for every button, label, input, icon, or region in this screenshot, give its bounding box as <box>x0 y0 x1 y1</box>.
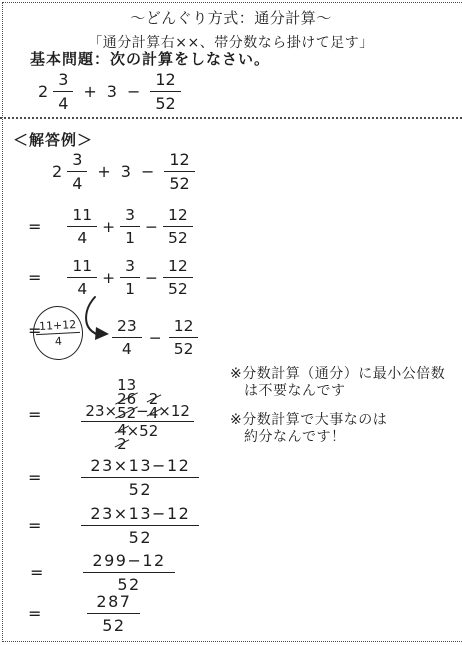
equals-sign: = <box>28 604 41 623</box>
solution-step-5: = 23×13−12 52 <box>28 456 199 499</box>
circled-fraction: 11+12 4 <box>32 305 85 362</box>
solution-step-2: = 11 4 + 3 1 − 12 52 <box>28 257 193 298</box>
minus-operator: − <box>145 269 158 287</box>
struck-number: 52 <box>117 406 136 420</box>
plus-operator: + <box>102 218 115 236</box>
minus-operator: − <box>136 403 149 420</box>
note-lcm-unnecessary: ※分数計算（通分）に最小公倍数 は不要なんです <box>230 366 462 400</box>
step-expression: 23 4 − 12 52 <box>112 317 198 358</box>
solution-step-3: = 11+12 4 23 4 − 12 52 <box>20 296 250 368</box>
minus-operator: − <box>149 329 162 347</box>
whole-number: 2 <box>38 82 48 101</box>
fraction: 12 52 <box>163 206 193 247</box>
equals-sign: = <box>30 563 43 582</box>
plus-operator: + <box>102 269 115 287</box>
step-expression: 11 4 + 3 1 − 12 52 <box>67 257 192 298</box>
equals-sign: = <box>28 217 41 236</box>
worksheet-page: ～どんぐり方式：通分計算～ 「通分計算右××、帯分数なら掛けて足す」 基本問題：… <box>0 0 462 645</box>
solution-step-4: = 23× 13 26 52 − 2 4 ×12 4 2 <box>28 378 194 451</box>
minus-operator: − <box>141 162 154 181</box>
header: ～どんぐり方式：通分計算～ 「通分計算右××、帯分数なら掛けて足す」 <box>0 7 462 52</box>
dotted-separator <box>0 117 462 119</box>
fraction: 299−12 52 <box>83 551 174 594</box>
fraction: 23×13−12 52 <box>81 456 199 499</box>
cancel-stack-4: 2 4 <box>149 392 159 420</box>
problem-expression: 2 3 4 + 3 − 12 52 <box>38 70 181 113</box>
minus-operator: − <box>145 218 158 236</box>
struck-number: 4 <box>149 406 159 420</box>
equals-sign: = <box>28 405 41 424</box>
fraction: 12 52 <box>169 317 199 358</box>
fraction: 3 4 <box>53 70 73 113</box>
note-reduction-important: ※分数計算で大事なのは 約分なんです！ <box>230 412 462 446</box>
fraction: 11 4 <box>67 206 97 247</box>
problem-label: 基本問題：次の計算をしなさい。 <box>30 48 270 69</box>
plus-operator: + <box>97 162 110 181</box>
answer-example-label: ＜解答例＞ <box>13 129 93 150</box>
step-expression: 11 4 + 3 1 − 12 52 <box>67 206 192 247</box>
equals-sign: = <box>28 268 41 287</box>
integer-term: 3 <box>121 162 131 181</box>
solution-step-8-result: = 287 52 <box>28 592 140 635</box>
integer-term: 3 <box>107 82 117 101</box>
mixed-number: 2 3 4 <box>52 150 87 193</box>
cancellation-fraction: 23× 13 26 52 − 2 4 ×12 4 2 ×52 <box>81 378 194 451</box>
cancel-stack-den-4: 4 2 <box>117 423 127 451</box>
plus-operator: + <box>83 82 96 101</box>
fraction: 23×13−12 52 <box>81 504 199 547</box>
fraction: 287 52 <box>87 592 140 635</box>
big-numerator: 23× 13 26 52 − 2 4 ×12 <box>81 378 194 422</box>
equals-sign: = <box>28 516 41 535</box>
minus-operator: − <box>127 82 140 101</box>
solution-step-6: = 23×13−12 52 <box>28 504 199 547</box>
fraction: 3 1 <box>120 257 140 298</box>
page-title: ～どんぐり方式：通分計算～ <box>0 7 462 28</box>
fraction: 23 4 <box>112 317 142 358</box>
fraction: 3 1 <box>120 206 140 247</box>
restated-expression: 2 3 4 + 3 − 12 52 <box>52 150 195 193</box>
big-denominator: 4 2 ×52 <box>117 422 158 451</box>
fraction: 12 52 <box>163 257 193 298</box>
fraction: 3 4 <box>67 150 87 193</box>
fraction: 11+12 4 <box>36 317 81 348</box>
fraction: 12 52 <box>150 70 180 113</box>
fraction: 11 4 <box>67 257 97 298</box>
whole-number: 2 <box>52 162 62 181</box>
fraction: 12 52 <box>164 150 194 193</box>
struck-number: 2 <box>117 437 127 451</box>
equals-sign: = <box>28 468 41 487</box>
mixed-number: 2 3 4 <box>38 70 73 113</box>
cancel-stack-52: 13 26 52 <box>117 378 136 420</box>
solution-step-1: = 11 4 + 3 1 − 12 52 <box>28 206 193 247</box>
solution-step-7: = 299−12 52 <box>30 551 175 594</box>
